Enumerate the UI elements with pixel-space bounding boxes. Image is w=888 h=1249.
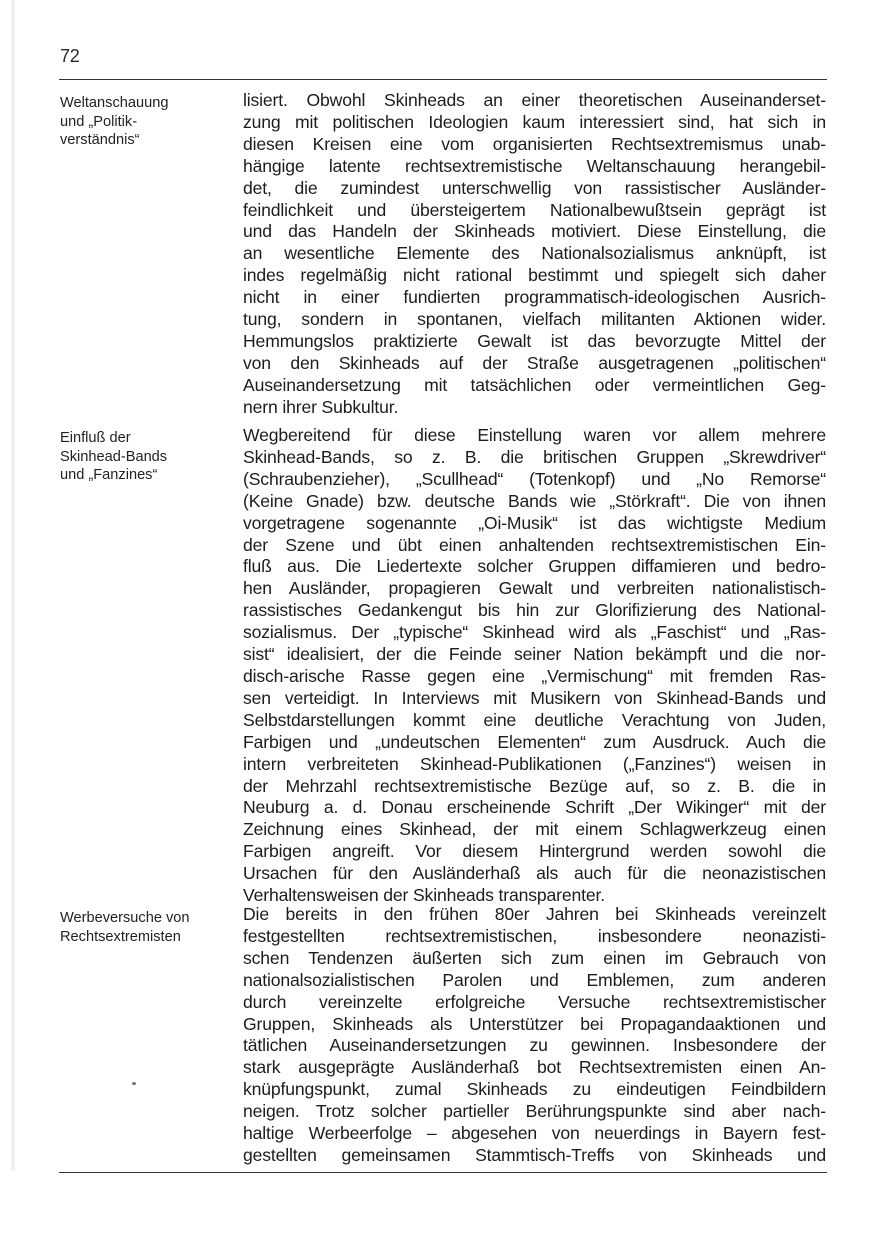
text-line: nicht in einer fundierten programmatisch… [243,287,826,309]
text-line: fluß aus. Die Liedertexte solcher Gruppe… [243,556,826,578]
text-line: Farbigen angreift. Vor diesem Hintergrun… [243,841,826,863]
margin-note-line: verständnis“ [60,131,230,150]
text-line: durch vereinzelte erfolgreiche Versuche … [243,992,826,1014]
header-rule [59,79,827,80]
text-line: tung, sondern in spontanen, vielfach mil… [243,309,826,331]
margin-note: Werbeversuche von Rechtsextremisten [60,909,230,946]
text-line: Gruppen, Skinheads als Unterstützer bei … [243,1014,826,1036]
text-line: Neuburg a. d. Donau erscheinende Schrift… [243,797,826,819]
text-line: indes regelmäßig nicht rational bestimmt… [243,265,826,287]
text-line: Ursachen für den Ausländerhaß als auch f… [243,863,826,885]
text-line: Hemmungslos praktizierte Gewalt ist das … [243,331,826,353]
text-line: Selbstdarstellungen kommt eine deutliche… [243,710,826,732]
text-line: vorgetragene sogenannte „Oi-Musik“ ist d… [243,513,826,535]
margin-note: Einfluß der Skinhead-Bands und „Fanzines… [60,429,230,485]
text-line: neigen. Trotz solcher partieller Berühru… [243,1101,826,1123]
text-line: von den Skinheads auf der Straße ausgetr… [243,353,826,375]
margin-note-line: Einfluß der [60,429,230,448]
text-line: knüpfungspunkt, zumal Skinheads zu einde… [243,1079,826,1101]
text-line: intern verbreiteten Skinhead-Publikation… [243,754,826,776]
paragraph: Die bereits in den frühen 80er Jahren be… [243,904,826,1167]
text-line: Auseinandersetzung mit tatsächlichen ode… [243,375,826,397]
text-line: festgestellten rechtsextremistischen, in… [243,926,826,948]
paragraph: lisiert. Obwohl Skinheads an einer theor… [243,90,826,419]
text-line: schen Tendenzen äußerten sich zum einen … [243,948,826,970]
text-line: Farbigen und „undeutschen Elementen“ zum… [243,732,826,754]
text-line: Wegbereitend für diese Einstellung waren… [243,425,826,447]
margin-note-line: Weltanschauung [60,94,230,113]
text-line: sen verteidigt. In Interviews mit Musike… [243,688,826,710]
margin-note-line: Werbeversuche von [60,909,230,928]
scan-speck [132,1082,136,1085]
text-line: Zeichnung eines Skinhead, der mit einem … [243,819,826,841]
text-line: der Mehrzahl rechtsextremistische Bezüge… [243,776,826,798]
text-line: gestellten gemeinsamen Stammtisch-Treffs… [243,1145,826,1167]
text-line: an wesentliche Elemente des Nationalsozi… [243,243,826,265]
paragraph: Wegbereitend für diese Einstellung waren… [243,425,826,907]
margin-note-line: und „Fanzines“ [60,466,230,485]
margin-note-line: Rechtsextremisten [60,928,230,947]
scan-edge-shadow [10,0,16,1170]
text-line: stark ausgeprägte Ausländerhaß bot Recht… [243,1057,826,1079]
text-line: diesen Kreisen eine vom organisierten Re… [243,134,826,156]
text-line: hängige latente rechtsextremistische Wel… [243,156,826,178]
text-line: lisiert. Obwohl Skinheads an einer theor… [243,90,826,112]
text-line: (Schraubenzieher), „Scullhead“ (Totenkop… [243,469,826,491]
text-line: nationalsozialistischen Parolen und Embl… [243,970,826,992]
margin-note-line: Skinhead-Bands [60,448,230,467]
text-line: rassistisches Gedankengut bis hin zur Gl… [243,600,826,622]
page-number: 72 [60,46,79,67]
text-line: nern ihrer Subkultur. [243,397,826,419]
text-line: Die bereits in den frühen 80er Jahren be… [243,904,826,926]
text-line: hen Ausländer, propagieren Gewalt und ve… [243,578,826,600]
text-line: (Keine Gnade) bzw. deutsche Bands wie „S… [243,491,826,513]
margin-note: Weltanschauung und „Politik- verständnis… [60,94,230,150]
text-line: feindlichkeit und übersteigertem Nationa… [243,200,826,222]
text-line: haltige Werbeerfolge – abgesehen von neu… [243,1123,826,1145]
text-line: zung mit politischen Ideologien kaum int… [243,112,826,134]
footer-rule [59,1172,827,1173]
text-line: disch-arische Rasse gegen eine „Vermisch… [243,666,826,688]
text-line: sozialismus. Der „typische“ Skinhead wir… [243,622,826,644]
text-line: und das Handeln der Skinheads motiviert.… [243,221,826,243]
margin-note-line: und „Politik- [60,113,230,132]
text-line: Skinhead-Bands, so z. B. die britischen … [243,447,826,469]
text-line: tätlichen Auseinandersetzungen zu gewinn… [243,1035,826,1057]
text-line: det, die zumindest unterschwellig von ra… [243,178,826,200]
text-line: der Szene und übt einen anhaltenden rech… [243,535,826,557]
text-line: sist“ idealisiert, der die Feinde seiner… [243,644,826,666]
